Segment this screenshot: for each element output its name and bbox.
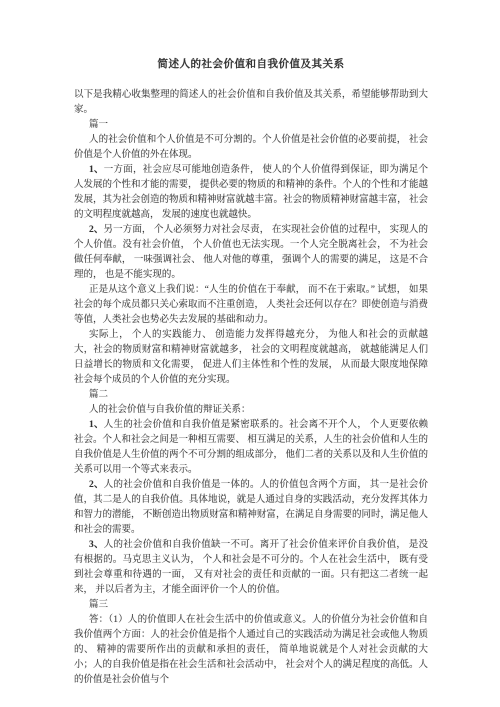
section-heading: 篇一 bbox=[74, 118, 428, 133]
document-page: 简述人的社会价值和自我价值及其关系 以下是我精心收集整理的简述人的社会价值和自我… bbox=[0, 0, 500, 707]
paragraph-number: 2、 bbox=[89, 480, 104, 490]
paragraph: 2、人的社会价值和自我价值是一体的。人的价值包含两个方面， 其一是社会价值，其二… bbox=[74, 478, 428, 538]
paragraph-number: 3、 bbox=[89, 540, 104, 550]
paragraph: 人的社会价值和个人价值是不可分割的。个人价值是社会价值的必要前提， 社会价值是个… bbox=[74, 133, 428, 163]
paragraph-number: 1、 bbox=[89, 420, 104, 430]
paragraph: 1、人生的社会价值和自我价值是紧密联系的。社会离不开个人， 个人更要依赖社会。个… bbox=[74, 418, 428, 478]
paragraph: 3、人的社会价值和自我价值缺一不可。离开了社会价值来评价自我价值， 是没有根据的… bbox=[74, 538, 428, 598]
paragraph: 人的社会价值与自我价值的辩证关系： bbox=[74, 403, 428, 418]
paragraph: 答：（1）人的价值即人在社会生活中的价值或意义。人的价值分为社会价值和自我价值两… bbox=[74, 613, 428, 688]
paragraph: 1、一方面，社会应尽可能地创造条件， 使人的个人价值得到保证，即为满足个人发展的… bbox=[74, 163, 428, 223]
section-heading: 篇三 bbox=[74, 598, 428, 613]
paragraph-number: 2、 bbox=[89, 225, 103, 235]
paragraph: 2、另一方面， 个人必须努力对社会尽责， 在实现社会价值的过程中， 实现人的个人… bbox=[74, 223, 428, 283]
paragraph-number: 1、 bbox=[89, 165, 104, 175]
paragraph: 实际上， 个人的实践能力、 创造能力发挥得越充分， 为他人和社会的贡献越大，社会… bbox=[74, 328, 428, 388]
section-heading: 篇二 bbox=[74, 388, 428, 403]
document-title: 简述人的社会价值和自我价值及其关系 bbox=[74, 56, 428, 71]
intro-paragraph: 以下是我精心收集整理的简述人的社会价值和自我价值及其关系，希望能够帮助到大家。 bbox=[74, 88, 428, 118]
paragraph: 正是从这个意义上我们说：“人生的价值在于奉献， 而不在于索取。” 试想， 如果社… bbox=[74, 283, 428, 328]
document-body: 篇一人的社会价值和个人价值是不可分割的。个人价值是社会价值的必要前提， 社会价值… bbox=[74, 118, 428, 688]
